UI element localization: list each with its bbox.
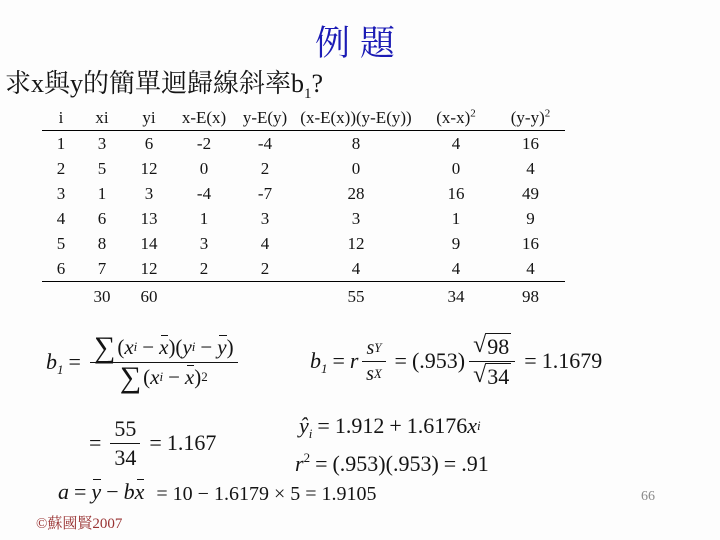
sigma-symbol: ∑	[94, 334, 115, 361]
formula-b1-numeric: = 55 34 = 1.167	[84, 414, 216, 472]
table-row: 136-2-48416	[42, 131, 565, 157]
subtitle-text: 求x與y的簡單迴歸線斜率	[5, 69, 291, 98]
b1-result: 1.1679	[542, 348, 603, 374]
intercept-value: 1.912	[335, 413, 385, 439]
formula-b1-definition: b1 = ∑ (xi − x )(yi − y ) ∑ (xi − x )2	[46, 320, 242, 404]
radical-sign: √	[473, 336, 486, 355]
y-hat: ŷ	[299, 413, 309, 438]
table-row: 313-4-7281649	[42, 181, 565, 206]
b1-numeric-result: 1.167	[167, 430, 217, 456]
x-bar: x	[159, 335, 168, 360]
table-row: 461313319	[42, 206, 565, 231]
col-header-y-dev: y-E(y)	[234, 104, 296, 131]
x-bar: x	[135, 479, 145, 505]
col-header-x-dev: x-E(x)	[174, 104, 234, 131]
table-row: 671222444	[42, 256, 565, 282]
col-header-y-dev-sq: (y-y)2	[496, 104, 565, 131]
slide-subtitle: 求x與y的簡單迴歸線斜率b1?	[5, 63, 323, 103]
sigma-symbol: ∑	[120, 364, 141, 391]
slide-title: 例題	[0, 16, 720, 66]
sqrt-fraction: √98 √34	[469, 333, 515, 390]
55-34-fraction: 55 34	[110, 416, 140, 471]
y-bar: y	[91, 479, 101, 505]
r-squared-result: .91	[461, 451, 489, 477]
table-row: 251202004	[42, 156, 565, 181]
slope-value: 1.6176	[407, 413, 468, 439]
y-bar: y	[217, 335, 226, 360]
copyright-text: ©蘇國賢2007	[36, 512, 122, 533]
regression-data-table: i xi yi x-E(x) y-E(y) (x-E(x))(y-E(y)) (…	[42, 104, 565, 310]
intercept-result: 1.9105	[322, 483, 377, 505]
radical-sign: √	[473, 366, 486, 385]
table-totals-row: 3060553498	[42, 282, 565, 311]
subtitle-var: b	[291, 69, 304, 98]
sy-sx-fraction: sY sX	[362, 337, 385, 386]
formula-intercept: a = y − bx = 10 − 1.6179 × 5 = 1.9105	[58, 476, 377, 508]
formula-regression-line: ŷi = 1.912 + 1.6176xi	[299, 410, 481, 442]
formula-b1-via-r: b1 = r sY sX = (.953) √98 √34 = 1.1679	[310, 330, 602, 392]
subtitle-var-sub: 1	[304, 86, 312, 102]
col-header-xi: xi	[80, 104, 124, 131]
intercept-calculation: = 10 − 1.6179 × 5 = 1.9105	[156, 483, 376, 506]
b1-definition-fraction: ∑ (xi − x )(yi − y ) ∑ (xi − x )2	[90, 334, 238, 391]
col-header-x-dev-sq: (x-x)2	[416, 104, 496, 131]
page-number: 66	[641, 489, 655, 505]
col-header-i: i	[42, 104, 80, 131]
col-header-yi: yi	[124, 104, 174, 131]
table-row: 58143412916	[42, 231, 565, 256]
table-header-row: i xi yi x-E(x) y-E(y) (x-E(x))(y-E(y)) (…	[42, 104, 565, 131]
subtitle-question: ?	[312, 69, 324, 98]
x-bar: x	[185, 365, 194, 390]
col-header-product: (x-E(x))(y-E(y))	[296, 104, 416, 131]
